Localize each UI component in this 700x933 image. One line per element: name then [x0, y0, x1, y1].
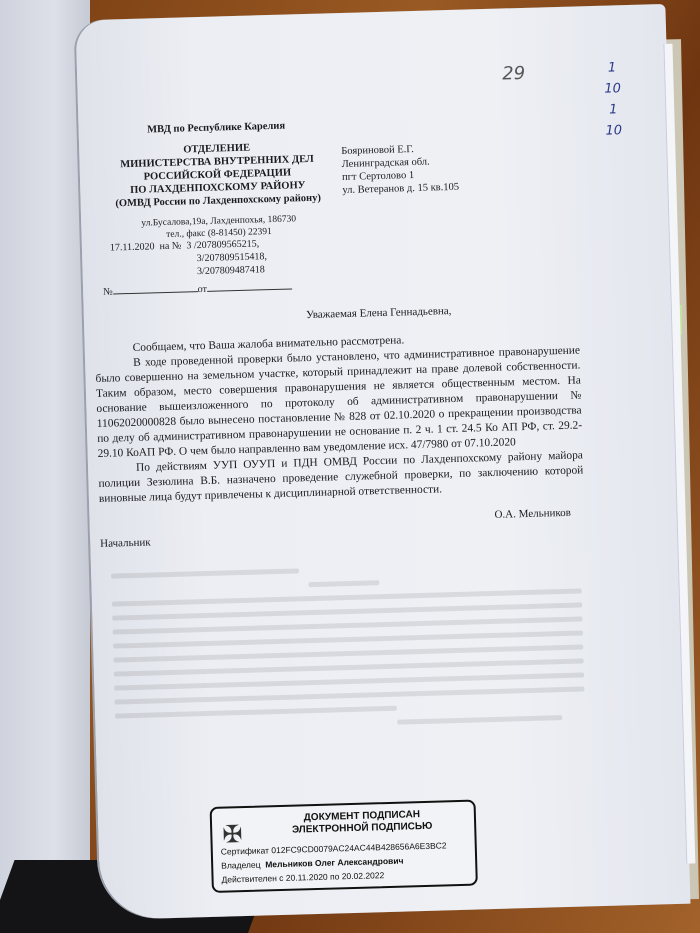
- show-through-text: [111, 552, 586, 742]
- signer-name: О.А. Мельников: [494, 507, 571, 521]
- left-page: [0, 0, 90, 933]
- ministry-name: МВД по Республике Карелия: [98, 118, 333, 138]
- signer-position: Начальник: [100, 537, 151, 550]
- outgoing-number-line: №от: [103, 280, 313, 298]
- greeting: Уважаемая Елена Геннадьевна,: [84, 299, 674, 327]
- certificate-validity: Действителен с 20.11.2020 по 20.02.2022: [221, 870, 384, 885]
- letterhead: МВД по Республике Карелия ОТДЕЛЕНИЕ МИНИ…: [98, 118, 336, 243]
- handwritten-margin-notes: 1 10 1 10: [597, 57, 629, 142]
- recipient-block: Бояриновой Е.Г. Ленинградская обл. пгт С…: [341, 142, 459, 197]
- e-signature-stamp: ✠ ДОКУМЕНТ ПОДПИСАН ЭЛЕКТРОННОЙ ПОДПИСЬЮ…: [210, 800, 478, 893]
- letter-page: 29 1 10 1 10 МВД по Республике Карелия О…: [76, 4, 691, 920]
- handwritten-page-number: 29: [502, 63, 525, 85]
- certificate-owner: Мельников Олег Александрович: [265, 856, 404, 870]
- letter-body: Сообщаем, что Ваша жалоба внимательно ра…: [95, 328, 584, 506]
- reference-numbers: 17.11.2020 на № 3 /207809565215, 3/20780…: [110, 237, 268, 280]
- certificate-id: 012FC9CD0079AC24AC44B428656A6E3BC2: [271, 840, 447, 855]
